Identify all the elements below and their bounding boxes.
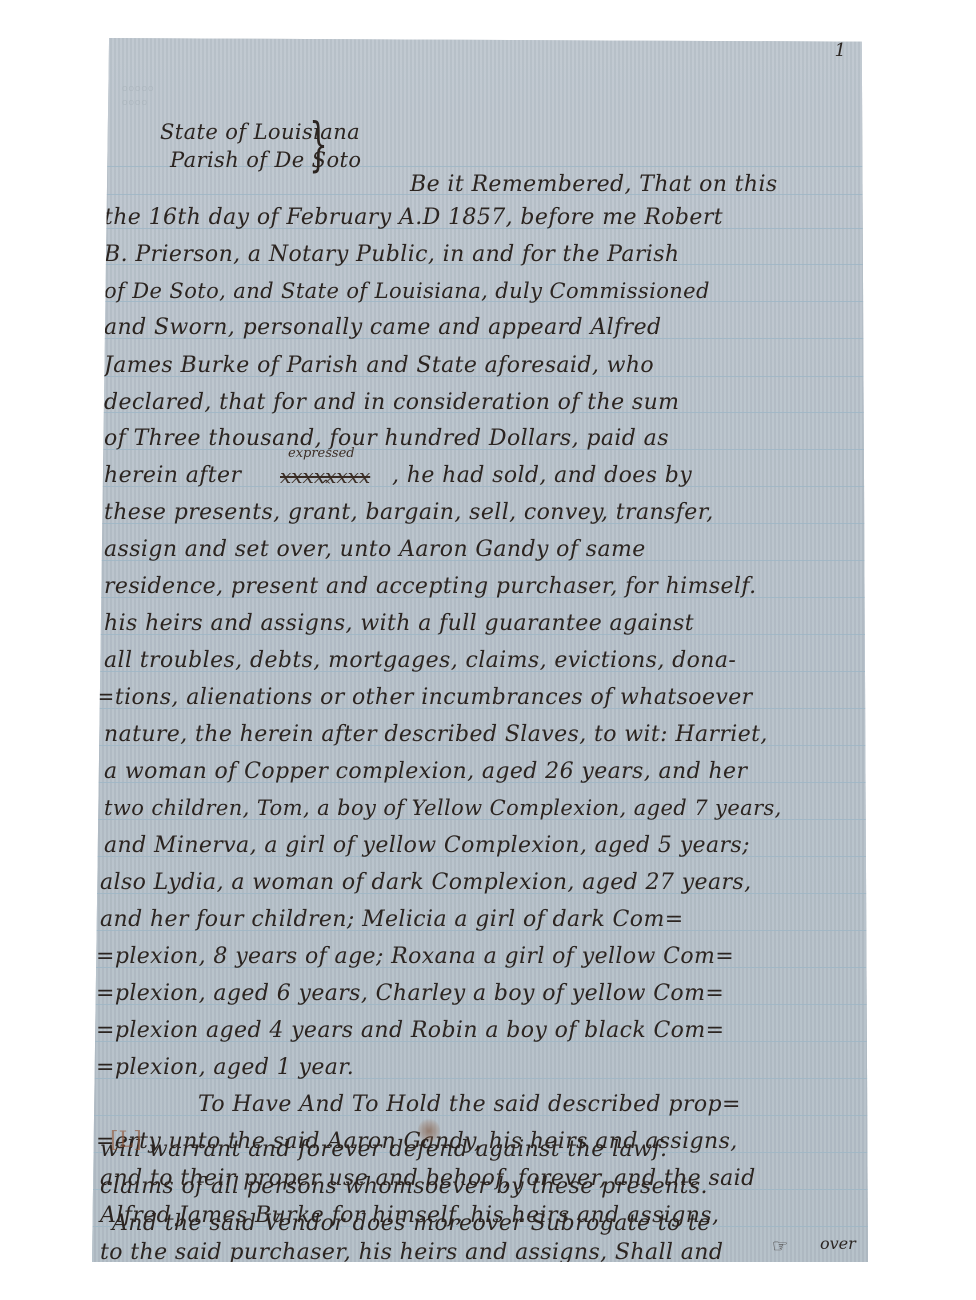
stamp-line: OOOOO	[122, 82, 172, 96]
caption-parish: Parish of De Soto	[170, 148, 361, 172]
text-line: these presents, grant, bargain, sell, co…	[104, 500, 714, 525]
text-line: Be it Remembered, That on this	[410, 172, 778, 197]
text-line: , he had sold, and does by	[392, 463, 692, 488]
text-line: to the said purchaser, his heirs and ass…	[100, 1240, 723, 1265]
text-line: of De Soto, and State of Louisiana, duly…	[104, 279, 710, 303]
embossed-stamp: OOOOO OOOO	[122, 82, 172, 116]
caption-brace: }	[309, 110, 327, 178]
text-line: nature, the herein after described Slave…	[104, 722, 768, 747]
text-line: assign and set over, unto Aaron Gandy of…	[104, 537, 646, 562]
text-line: James Burke of Parish and State aforesai…	[104, 353, 654, 378]
text-line: To Have And To Hold the said described p…	[198, 1092, 741, 1117]
text-line: and her four children; Melicia a girl of…	[100, 907, 684, 932]
text-line: two children, Tom, a boy of Yellow Compl…	[104, 796, 782, 820]
text-line: =tions, alienations or other incumbrance…	[96, 685, 753, 710]
stamp-line: OOOO	[122, 96, 172, 110]
text-line: =plexion, 8 years of age; Roxana a girl …	[96, 944, 734, 969]
page-number: 1	[835, 40, 846, 61]
text-line: all troubles, debts, mortgages, claims, …	[104, 648, 736, 673]
text-line: declared, that for and in consideration …	[104, 390, 679, 415]
text-line: residence, present and accepting purchas…	[104, 574, 757, 599]
margin-mark: [L]	[110, 1128, 142, 1153]
text-line: claims of all persons whomsoever by thes…	[100, 1174, 708, 1199]
pointing-hand-icon: ☞	[772, 1236, 788, 1257]
text-line: B. Prierson, a Notary Public, in and for…	[104, 242, 680, 267]
caption-state: State of Louisiana	[160, 120, 360, 144]
text-line: =plexion, aged 1 year.	[96, 1055, 354, 1080]
text-line: =plexion, aged 6 years, Charley a boy of…	[96, 981, 724, 1006]
text-line: and Minerva, a girl of yellow Complexion…	[104, 833, 750, 858]
manuscript-page: OOOOO OOOO 1 State of Louisiana Parish o…	[92, 38, 868, 1262]
text-line: of Three thousand, four hundred Dollars,…	[104, 426, 669, 451]
insertion-caret: ^	[320, 478, 332, 494]
text-line: the 16th day of February A.D 1857, befor…	[104, 205, 723, 230]
continuation-over: over	[820, 1234, 856, 1253]
text-line: a woman of Copper complexion, aged 26 ye…	[104, 759, 747, 784]
interlinear-insert: expressed	[288, 446, 355, 461]
text-line: and Sworn, personally came and appeard A…	[104, 315, 661, 340]
text-line: his heirs and assigns, with a full guara…	[104, 611, 694, 636]
text-line: And the said Vendor does moreover Subrog…	[112, 1211, 711, 1236]
text-line: also Lydia, a woman of dark Complexion, …	[100, 870, 751, 895]
text-line: =plexion aged 4 years and Robin a boy of…	[96, 1018, 724, 1043]
text-line: herein after	[104, 463, 241, 488]
text-line: will warrant and forever defend against …	[100, 1137, 667, 1162]
